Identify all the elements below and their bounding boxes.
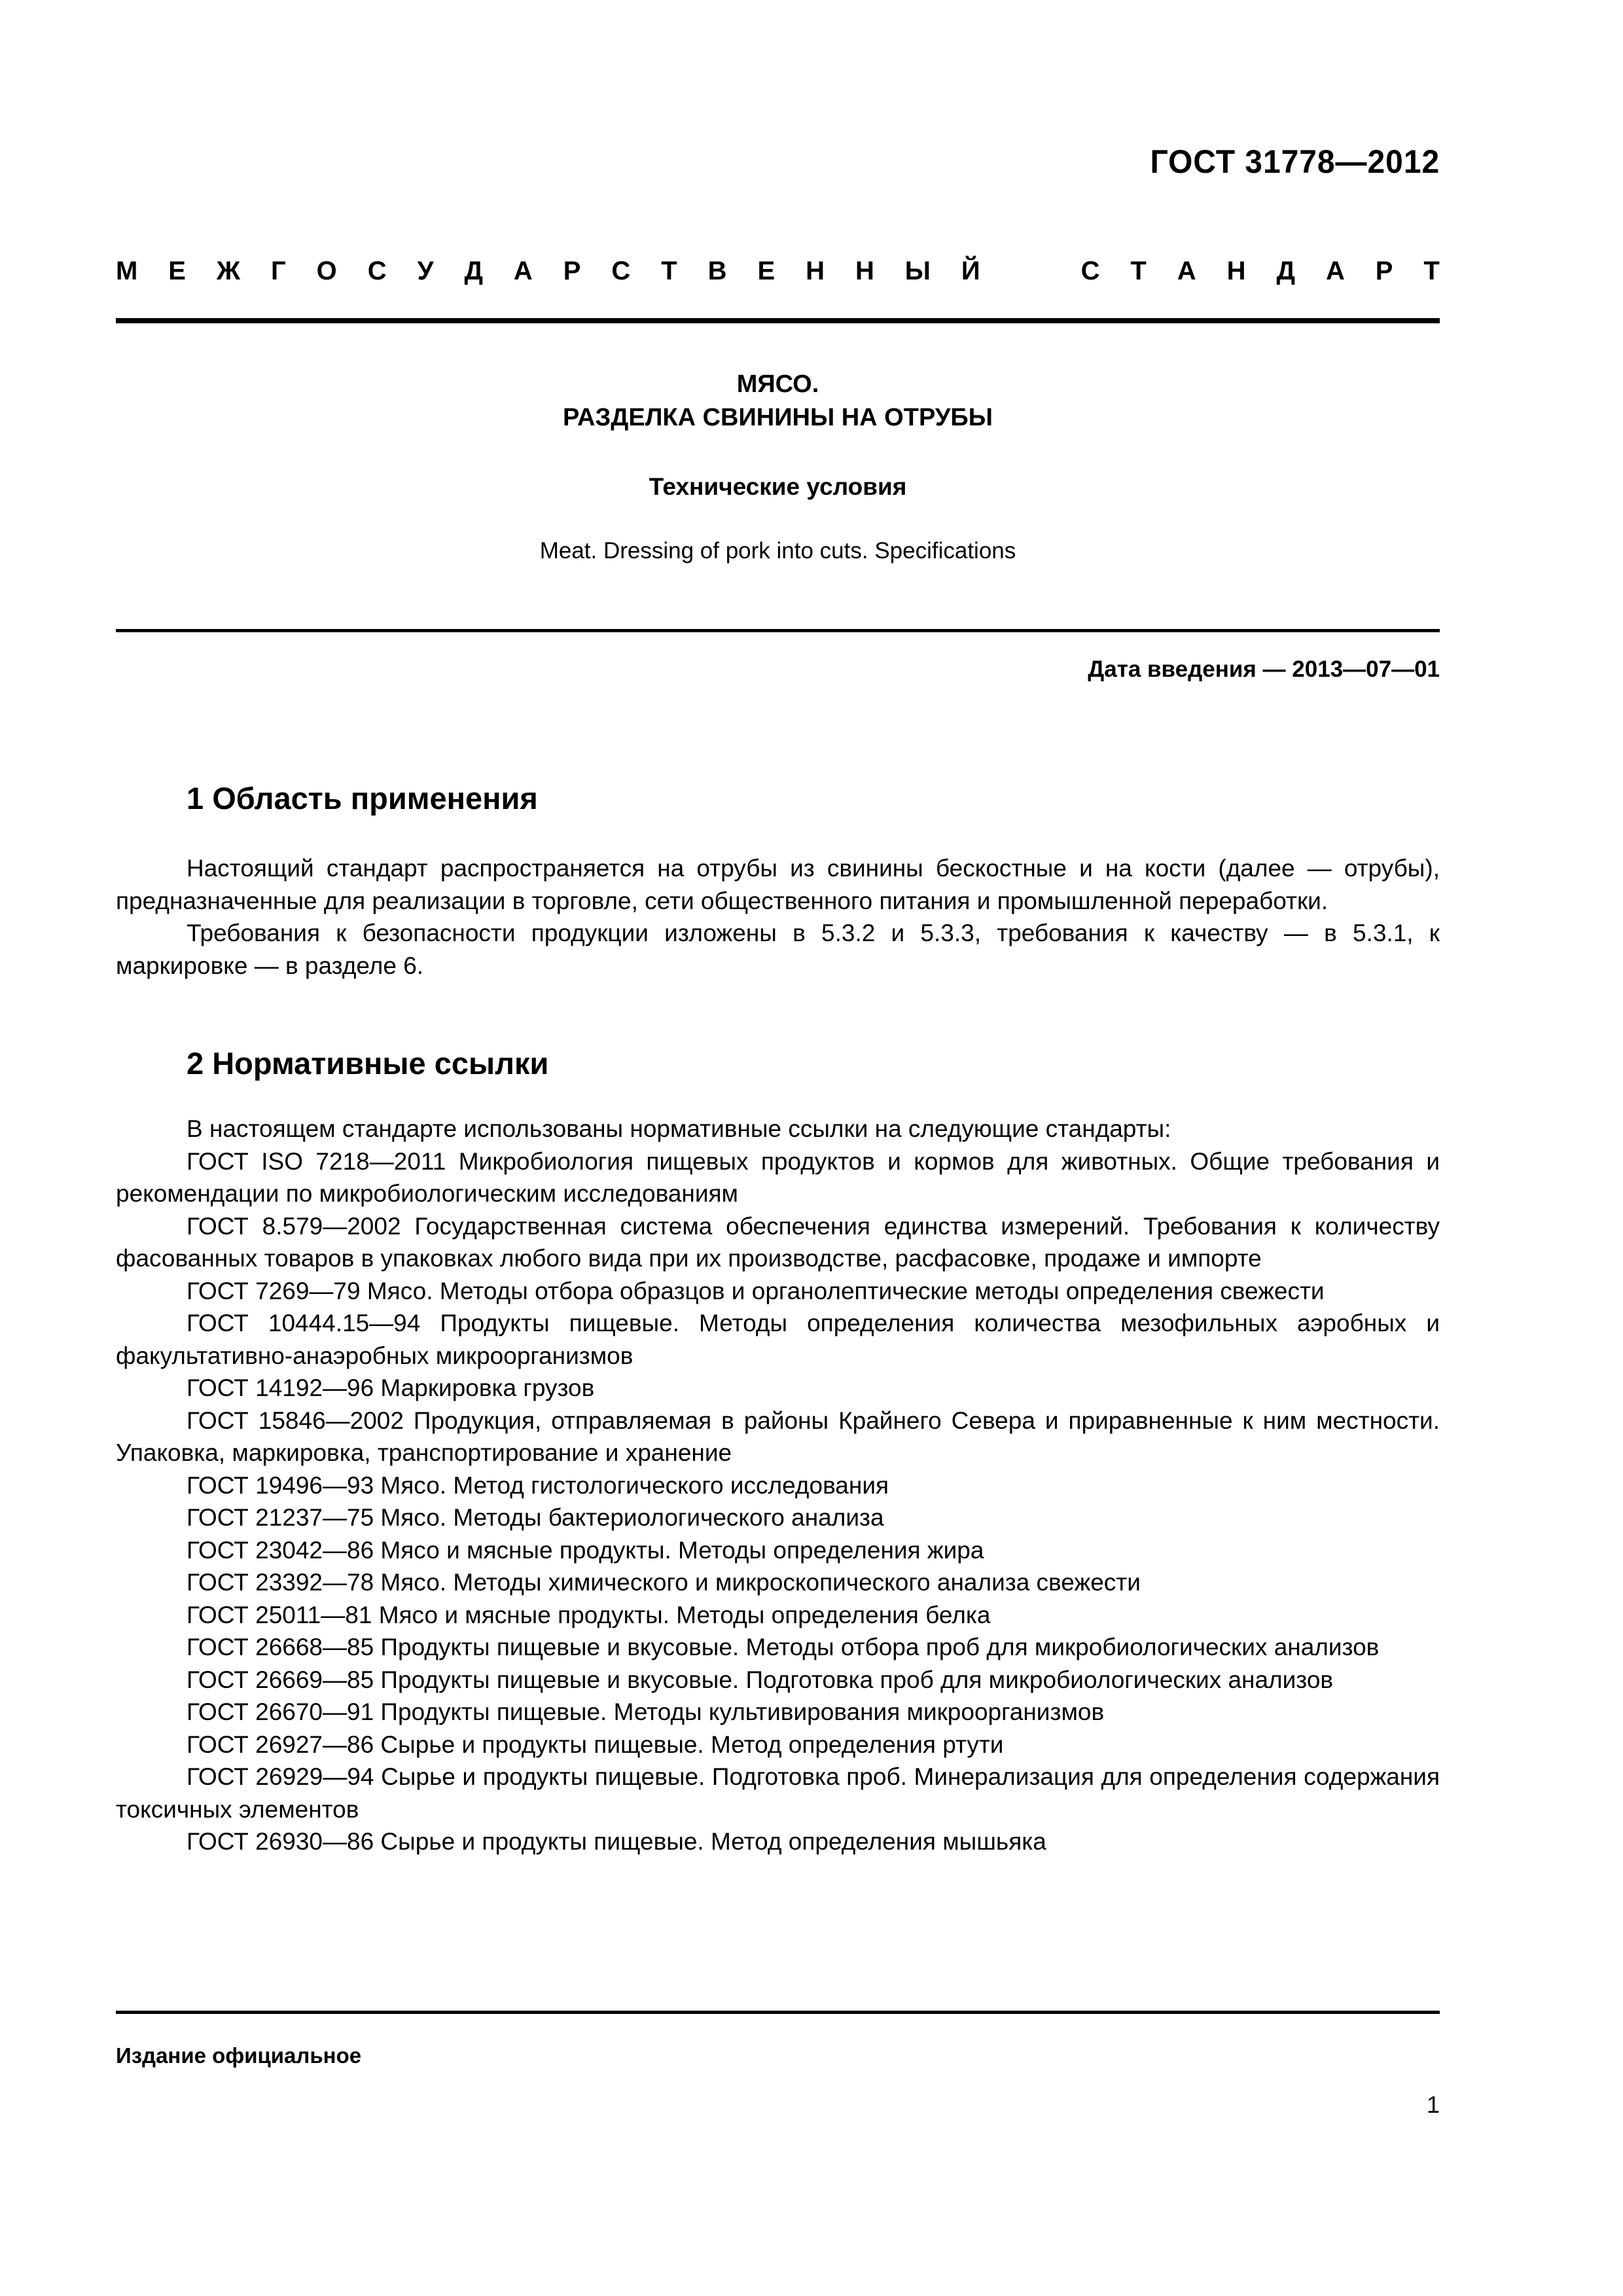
banner-letter: Р (563, 257, 581, 286)
reference-item: ГОСТ 26929—94 Сырье и продукты пищевые. … (116, 1761, 1440, 1825)
section-2-heading: 2 Нормативные ссылки (187, 1045, 548, 1081)
reference-item: ГОСТ 10444.15—94 Продукты пищевые. Метод… (116, 1307, 1440, 1372)
introduction-date: Дата введения — 2013—07—01 (1088, 656, 1440, 683)
top-divider (116, 318, 1440, 323)
banner-letter: Й (961, 257, 980, 286)
reference-item: ГОСТ 26927—86 Сырье и продукты пищевые. … (116, 1729, 1440, 1761)
banner-letter: Е (757, 257, 775, 286)
banner-letter: А (1326, 257, 1345, 286)
paragraph: Требования к безопасности продукции изло… (116, 917, 1440, 982)
paragraph: Настоящий стандарт распространяется на о… (116, 852, 1440, 917)
banner-letter: Н (855, 257, 874, 286)
reference-item: ГОСТ 26668—85 Продукты пищевые и вкусовы… (116, 1631, 1440, 1664)
banner-letter: А (1177, 257, 1196, 286)
banner-letter: Д (1276, 257, 1295, 286)
reference-item: ГОСТ 15846—2002 Продукция, отправляемая … (116, 1405, 1440, 1469)
banner-letter: С (611, 257, 630, 286)
section-2-body: В настоящем стандарте использованы норма… (116, 1113, 1440, 1858)
reference-item: ГОСТ 26930—86 Сырье и продукты пищевые. … (116, 1825, 1440, 1858)
banner-letter: Н (806, 257, 825, 286)
title-line-2: РАЗДЕЛКА СВИНИНЫ НА ОТРУБЫ (116, 404, 1440, 432)
footer-divider (116, 2011, 1440, 2014)
reference-item: ГОСТ 26670—91 Продукты пищевые. Методы к… (116, 1696, 1440, 1729)
banner-letter: Т (1130, 257, 1146, 286)
reference-item: ГОСТ 7269—79 Мясо. Методы отбора образцо… (116, 1275, 1440, 1308)
section-1-body: Настоящий стандарт распространяется на о… (116, 852, 1440, 982)
banner-letter: А (514, 257, 533, 286)
reference-item: ГОСТ ISO 7218—2011 Микробиология пищевых… (116, 1145, 1440, 1210)
banner-letter: О (317, 257, 337, 286)
banner-letter: Т (661, 257, 677, 286)
banner-letter: Д (464, 257, 483, 286)
reference-item: ГОСТ 25011—81 Мясо и мясные продукты. Ме… (116, 1599, 1440, 1632)
subtitle: Технические условия (116, 473, 1440, 501)
page-number: 1 (1427, 2091, 1440, 2119)
reference-item: ГОСТ 26669—85 Продукты пищевые и вкусовы… (116, 1664, 1440, 1696)
banner-letter: Р (1376, 257, 1393, 286)
banner-letter: Н (1227, 257, 1246, 286)
document-code: ГОСТ 31778—2012 (1150, 143, 1440, 181)
banner-letter: С (1081, 257, 1100, 286)
paragraph: В настоящем стандарте использованы норма… (116, 1113, 1440, 1145)
title-divider (116, 629, 1440, 632)
banner-letter: Г (271, 257, 286, 286)
interstate-standard-banner: МЕЖГОСУДАРСТВЕННЫЙСТАНДАРТ (116, 257, 1440, 286)
reference-item: ГОСТ 8.579—2002 Государственная система … (116, 1210, 1440, 1275)
banner-letter: Т (1423, 257, 1439, 286)
banner-gap (1011, 257, 1050, 286)
banner-letter: У (418, 257, 434, 286)
official-edition-note: Издание официальное (116, 2043, 361, 2068)
reference-item: ГОСТ 23392—78 Мясо. Методы химического и… (116, 1566, 1440, 1599)
reference-item: ГОСТ 21237—75 Мясо. Методы бактериологич… (116, 1501, 1440, 1534)
banner-letter: Ы (905, 257, 931, 286)
section-1-heading: 1 Область применения (187, 780, 538, 816)
banner-letter: М (116, 257, 137, 286)
title-line-1: МЯСО. (116, 370, 1440, 399)
reference-item: ГОСТ 19496—93 Мясо. Метод гистологическо… (116, 1469, 1440, 1502)
banner-letter: Е (168, 257, 186, 286)
banner-letter: В (708, 257, 727, 286)
english-title: Meat. Dressing of pork into cuts. Specif… (116, 538, 1440, 564)
reference-item: ГОСТ 23042—86 Мясо и мясные продукты. Ме… (116, 1534, 1440, 1567)
reference-item: ГОСТ 14192—96 Маркировка грузов (116, 1372, 1440, 1405)
banner-letter: Ж (217, 257, 240, 286)
banner-letter: С (368, 257, 387, 286)
